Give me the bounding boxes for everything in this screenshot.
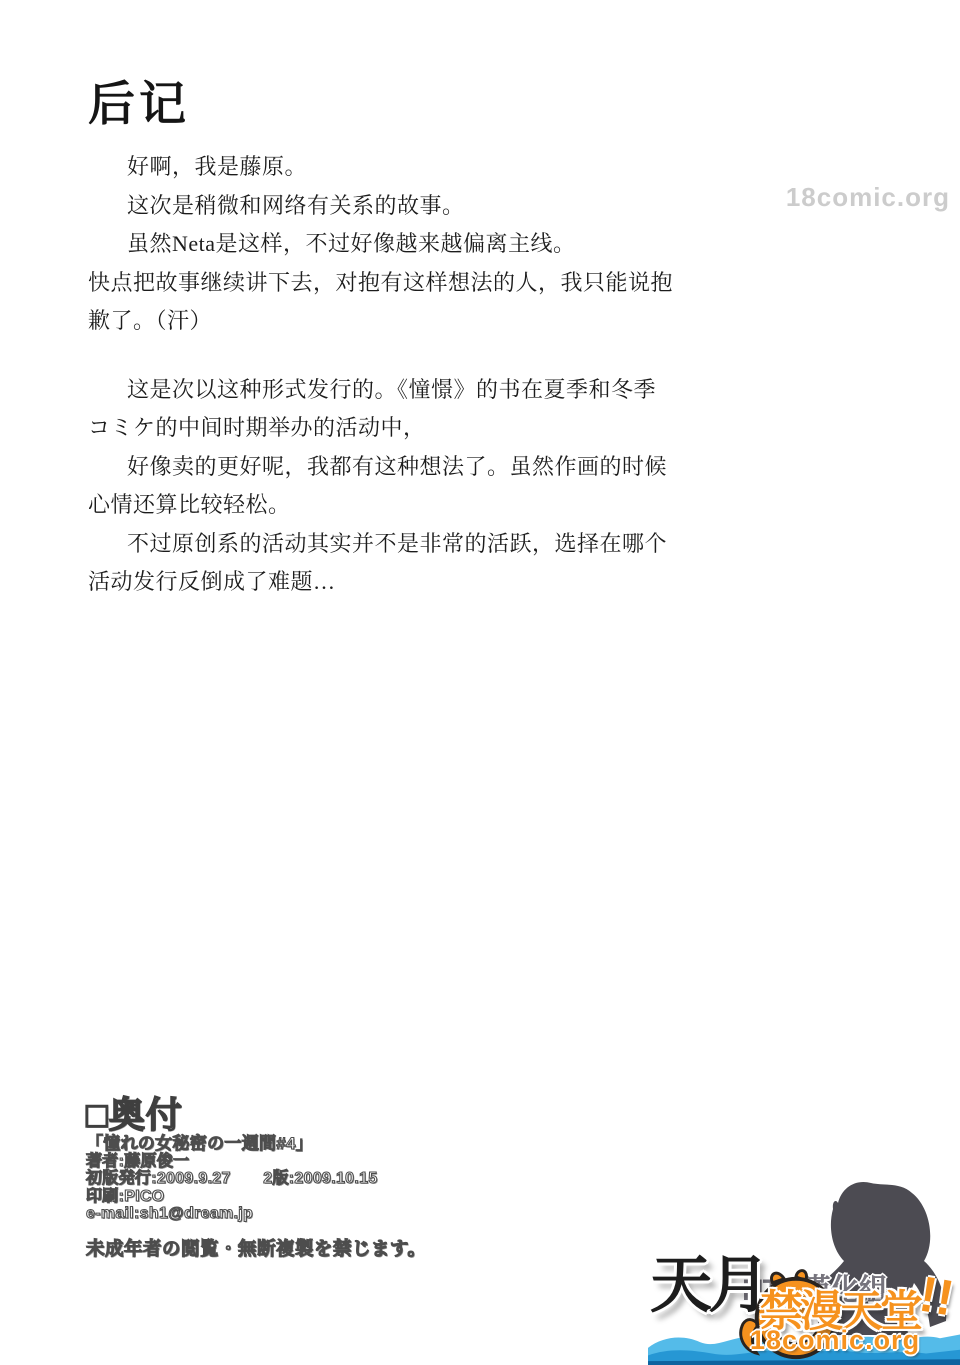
scanlation-logo: NTR漢化組 天月 禁漫天堂 !! 18comic.org (648, 1175, 960, 1365)
afterword-body: 好啊，我是藤原。 这次是稍微和网络有关系的故事。 虽然Neta是这样，不过好像越… (88, 148, 888, 602)
manga-afterword-page: 18comic.org 后记 好啊，我是藤原。 这次是稍微和网络有关系的故事。 … (0, 0, 960, 1365)
colophon-heading: □奥付 (86, 1094, 427, 1135)
paragraph: 这是次以这种形式发行的。《憧憬》的书在夏季和冬季 コミケ的中间时期举办的活动中，… (88, 371, 888, 602)
site-url-text: 18comic.org (750, 1327, 920, 1354)
colophon-print-dates: 初版発行:2009.9.27 2版:2009.10.15 (86, 1170, 427, 1188)
colophon-printer: 印刷:PICO (86, 1188, 427, 1206)
colophon: □奥付 「憧れの女秘密の一週間#4」 著者:藤原俊一 初版発行:2009.9.2… (86, 1094, 427, 1261)
afterword-line: 这次是稍微和网络有关系的故事。 (88, 187, 888, 226)
colophon-author: 著者:藤原俊一 (86, 1153, 427, 1171)
afterword-line: 歉了。（汗） (88, 302, 888, 341)
afterword-line: 快点把故事继续讲下去，对抱有这样想法的人，我只能说抱 (88, 264, 888, 303)
colophon-notice: 未成年者の閲覧・無断複製を禁じます。 (86, 1235, 427, 1261)
afterword-line: コミケ的中间时期举办的活动中， (88, 409, 888, 448)
colophon-book-title: 「憧れの女秘密の一週間#4」 (86, 1135, 427, 1153)
afterword-line: 好像卖的更好呢，我都有这种想法了。虽然作画的时候 (88, 448, 888, 487)
paragraph: 好啊，我是藤原。 这次是稍微和网络有关系的故事。 虽然Neta是这样，不过好像越… (88, 148, 888, 341)
colophon-email: e-mail:sh1@dream.jp (86, 1205, 427, 1223)
afterword-line: 活动发行反倒成了难题… (88, 563, 888, 602)
afterword-line: 心情还算比较轻松。 (88, 486, 888, 525)
afterword-line: 这是次以这种形式发行的。《憧憬》的书在夏季和冬季 (88, 371, 888, 410)
afterword-line: 好啊，我是藤原。 (88, 148, 888, 187)
afterword-line: 虽然Neta是这样，不过好像越来越偏离主线。 (88, 225, 888, 264)
afterword-line: 不过原创系的活动其实并不是非常的活跃，选择在哪个 (88, 525, 888, 564)
page-title: 后记 (88, 82, 190, 129)
